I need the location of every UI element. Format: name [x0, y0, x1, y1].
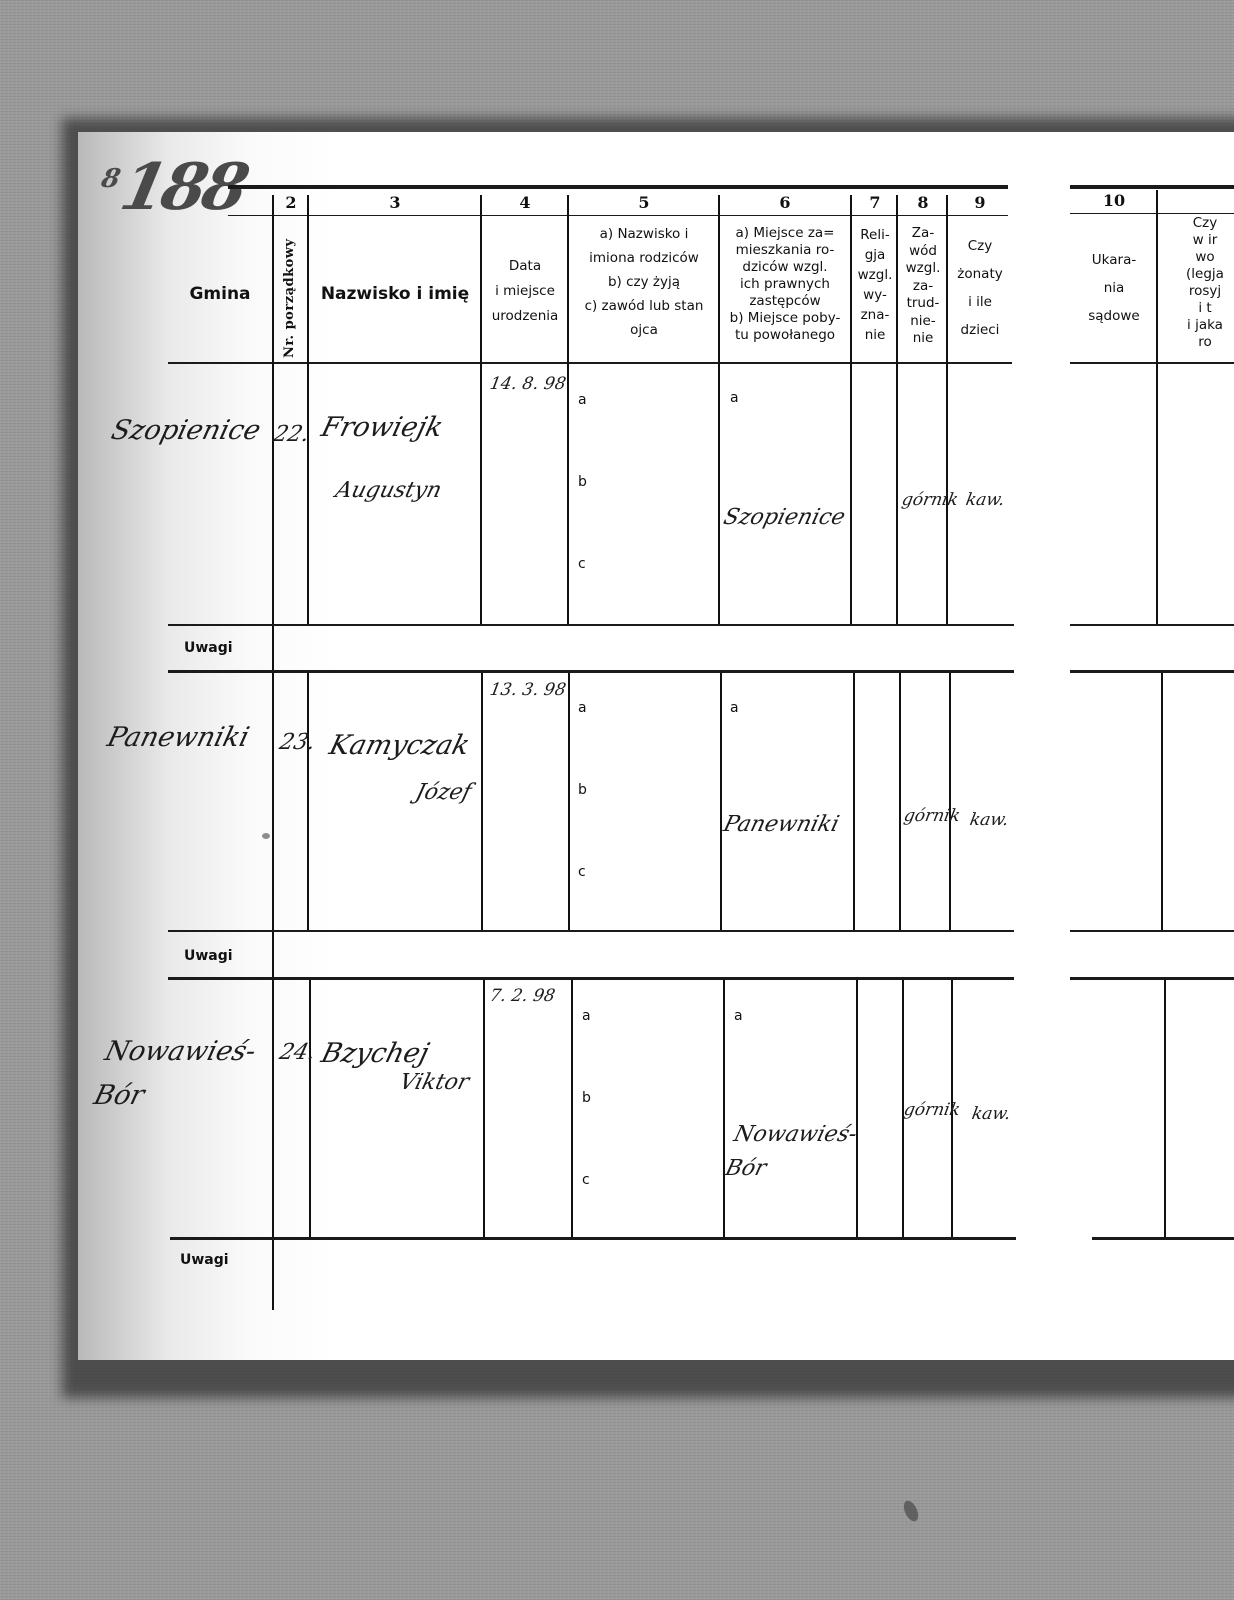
header-line: Za-: [898, 225, 948, 243]
entry3-surname: Bzychej: [318, 1038, 432, 1069]
row1-parents-c: c: [578, 556, 586, 572]
col-number-8: 8: [900, 193, 946, 212]
header-number-rule-right: [1070, 213, 1234, 214]
row1-bottom-rule: [168, 624, 1014, 626]
entry2-birth-date: 13. 3. 98: [488, 680, 567, 700]
col-number-10: 10: [1072, 191, 1156, 210]
header-zawod: Za- wód wzgl. za- trud- nie- nie: [898, 225, 948, 348]
entry2-given-name: Józef: [413, 780, 474, 805]
col-divider-parents: [718, 195, 720, 625]
header-gmina: Gmina: [170, 284, 270, 304]
entry1-birth-date: 14. 8. 98: [488, 374, 567, 394]
col-number-7: 7: [852, 193, 898, 212]
uwagi-label-2: Uwagi: [184, 948, 233, 964]
entry2-residence-b: Panewniki: [721, 812, 842, 837]
row1-bottom-rule-right: [1070, 624, 1234, 626]
row2-parents-c: c: [578, 864, 586, 880]
col-divider-right-10: [1156, 190, 1158, 625]
header-line: imiona rodziców: [568, 246, 720, 270]
header-line: zastępców: [718, 293, 852, 310]
col-divider-right-10-2: [1161, 673, 1163, 930]
header-line: Czy: [1160, 215, 1234, 232]
header-line: a) Nazwisko i: [568, 222, 720, 246]
header-line: ro: [1160, 334, 1234, 351]
header-line: dzieci: [948, 316, 1012, 344]
row1-parents-b: b: [578, 474, 587, 490]
row3-bottom-rule: [170, 1237, 1016, 1240]
header-rodzice: a) Nazwisko i imiona rodziców b) czy żyj…: [568, 222, 720, 342]
row3-bottom-rule-right: [1092, 1237, 1234, 1240]
col-divider-religion-2: [899, 673, 901, 930]
header-line: b) czy żyją: [568, 270, 720, 294]
header-line: mieszkania ro-: [718, 242, 852, 259]
col-number-9: 9: [948, 193, 1012, 212]
row2-parents-a: a: [578, 700, 587, 716]
col-divider-religion: [896, 195, 898, 625]
header-ukarania: Ukara- nia sądowe: [1072, 246, 1156, 330]
col-divider-date: [567, 195, 569, 625]
col-divider-gmina: [272, 195, 274, 1310]
header-line: nie: [852, 325, 898, 345]
uwagi2-bottom-rule-right: [1070, 977, 1234, 980]
uwagi-label-3: Uwagi: [180, 1252, 229, 1268]
header-miejsce-zamieszkania: a) Miejsce za= mieszkania ro- dziców wzg…: [718, 225, 852, 344]
row3-parents-b: b: [582, 1090, 591, 1106]
row1-parents-a: a: [578, 392, 587, 408]
col-divider-residence: [850, 195, 852, 625]
header-line: w ir: [1160, 232, 1234, 249]
uwagi2-bottom-rule: [168, 977, 1014, 980]
header-line: wy-: [852, 285, 898, 305]
col-divider-nr-3: [309, 980, 311, 1237]
col-divider-date-3: [571, 980, 573, 1237]
col-divider-name-3: [483, 980, 485, 1237]
header-line: wo: [1160, 249, 1234, 266]
header-line: ojca: [568, 318, 720, 342]
header-line: trud-: [898, 295, 948, 313]
header-data-urodzenia: Data i miejsce urodzenia: [482, 254, 568, 329]
row3-residence-a: a: [734, 1008, 743, 1024]
entry1-marital: kaw.: [964, 490, 1006, 510]
header-line: i t: [1160, 300, 1234, 317]
entry2-occupation: górnik: [902, 806, 961, 826]
col-number-6: 6: [720, 193, 850, 212]
header-line: za-: [898, 278, 948, 296]
entry3-occupation: górnik: [902, 1100, 961, 1120]
header-line: (legja: [1160, 266, 1234, 283]
header-bottom-rule: [168, 362, 1012, 364]
entry1-surname: Frowiejk: [318, 412, 446, 443]
header-line: gja: [852, 245, 898, 265]
entry2-surname: Kamyczak: [326, 730, 473, 761]
row1-residence-a: a: [730, 390, 739, 406]
entry3-gmina: Nowawieś-Bór: [89, 1030, 281, 1118]
header-number-rule: [228, 215, 1008, 216]
header-line: wód: [898, 243, 948, 261]
header-line: b) Miejsce poby-: [718, 310, 852, 327]
col-divider-name-2: [481, 673, 483, 930]
header-top-rule: [228, 185, 1008, 189]
header-top-rule-right: [1070, 185, 1234, 189]
header-line: nie: [898, 330, 948, 348]
header-line: urodzenia: [482, 304, 568, 329]
col-divider-occupation: [946, 195, 948, 625]
header-line: dziców wzgl.: [718, 259, 852, 276]
col-number-2: 2: [276, 193, 306, 212]
col-divider-name: [480, 195, 482, 625]
row2-bottom-rule-right: [1070, 930, 1234, 932]
entry1-given-name: Augustyn: [333, 478, 444, 503]
col-divider-occupation-2: [949, 673, 951, 930]
uwagi1-bottom-rule: [168, 670, 1014, 673]
header-line: zna-: [852, 305, 898, 325]
entry3-given-name: Viktor: [397, 1070, 472, 1095]
book-gutter: [1030, 132, 1070, 1360]
header-line: żonaty: [948, 260, 1012, 288]
entry1-occupation: górnik: [900, 490, 959, 510]
ink-spot: [901, 1498, 921, 1523]
entry1-gmina: Szopienice: [108, 415, 264, 446]
entry3-nr: 24.: [277, 1040, 318, 1065]
header-line: i jaka: [1160, 317, 1234, 334]
uwagi-label-1: Uwagi: [184, 640, 233, 656]
header-line: rosyj: [1160, 283, 1234, 300]
header-line: ich prawnych: [718, 276, 852, 293]
col-number-3: 3: [310, 193, 480, 212]
row2-bottom-rule: [168, 930, 1014, 932]
header-line: a) Miejsce za=: [718, 225, 852, 242]
col-number-4: 4: [482, 193, 568, 212]
entry1-nr: 22.: [271, 422, 312, 447]
header-wojsko-cut-off: Czy w ir wo (legja rosyj i t i jaka ro: [1160, 215, 1234, 351]
header-line: sądowe: [1072, 302, 1156, 330]
row3-parents-c: c: [582, 1172, 590, 1188]
header-line: c) zawód lub stan: [568, 294, 720, 318]
row2-residence-a: a: [730, 700, 739, 716]
col-divider-residence-3: [856, 980, 858, 1237]
col-number-5: 5: [570, 193, 718, 212]
header-line: i ile: [948, 288, 1012, 316]
header-line: wzgl.: [898, 260, 948, 278]
col-divider-right-10-3: [1164, 980, 1166, 1237]
col-divider-residence-2: [853, 673, 855, 930]
header-bottom-rule-right: [1070, 362, 1234, 364]
header-line: i miejsce: [482, 279, 568, 304]
header-line: wzgl.: [852, 265, 898, 285]
header-line: Ukara-: [1072, 246, 1156, 274]
col-divider-date-2: [568, 673, 570, 930]
entry2-nr: 23.: [277, 730, 318, 755]
header-line: Reli-: [852, 225, 898, 245]
entry2-marital: kaw.: [968, 810, 1010, 830]
header-line: tu powołanego: [718, 327, 852, 344]
header-zonaty: Czy żonaty i ile dzieci: [948, 232, 1012, 344]
header-line: Czy: [948, 232, 1012, 260]
row3-parents-a: a: [582, 1008, 591, 1024]
entry3-residence-b: Nowawieś-Bór: [722, 1118, 859, 1186]
col-divider-parents-3: [723, 980, 725, 1237]
header-nr-porzadkowy: Nr. porządkowy: [282, 222, 297, 358]
entry3-marital: kaw.: [970, 1104, 1012, 1124]
entry2-gmina: Panewniki: [104, 722, 252, 753]
header-line: nie-: [898, 313, 948, 331]
header-line: nia: [1072, 274, 1156, 302]
entry3-birth-date: 7. 2. 98: [488, 986, 556, 1006]
row2-parents-b: b: [578, 782, 587, 798]
header-line: Data: [482, 254, 568, 279]
entry1-residence-b: Szopienice: [721, 505, 848, 530]
ink-spot: [262, 833, 270, 839]
col-divider-parents-2: [720, 673, 722, 930]
header-nazwisko-imie: Nazwisko i imię: [310, 284, 480, 304]
header-religja: Reli- gja wzgl. wy- zna- nie: [852, 225, 898, 345]
uwagi1-bottom-rule-right: [1070, 670, 1234, 673]
col-divider-nr: [307, 195, 309, 625]
col-divider-nr-2: [307, 673, 309, 930]
